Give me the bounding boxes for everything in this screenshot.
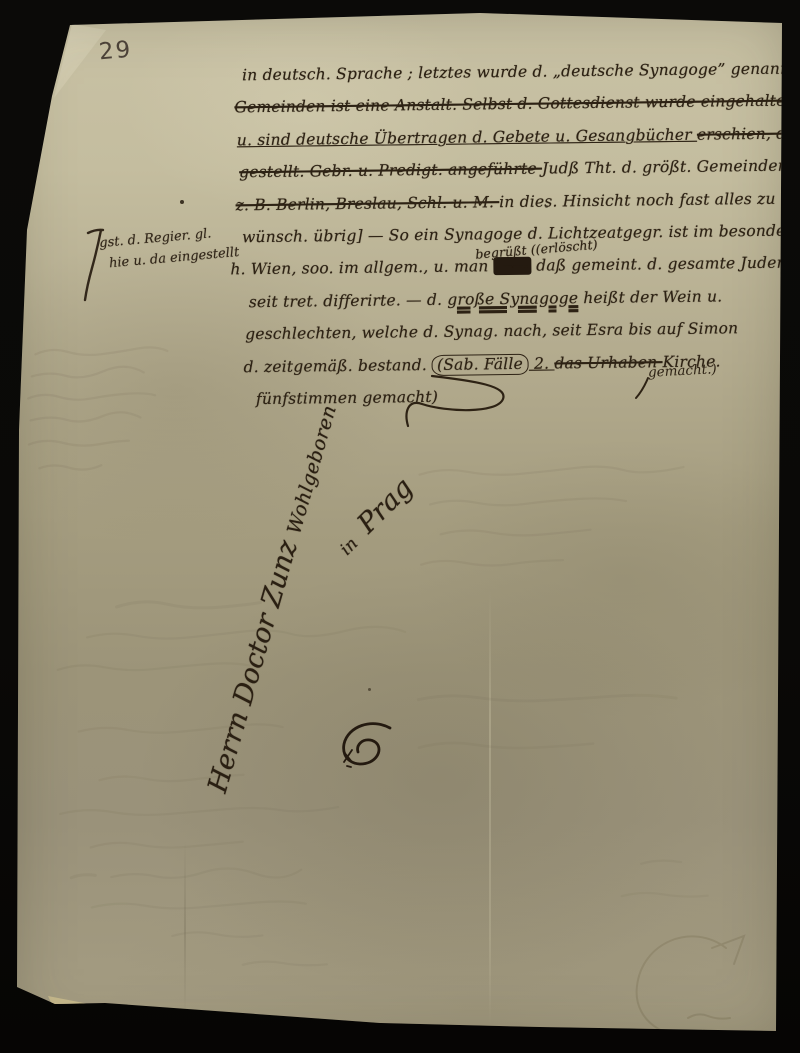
manuscript-paper: 29 gst. d. Regier. gl. hie u. da eingest… bbox=[0, 0, 800, 1053]
scanner-background: 29 gst. d. Regier. gl. hie u. da eingest… bbox=[0, 0, 800, 1053]
paper-edge-shading bbox=[0, 0, 800, 1053]
